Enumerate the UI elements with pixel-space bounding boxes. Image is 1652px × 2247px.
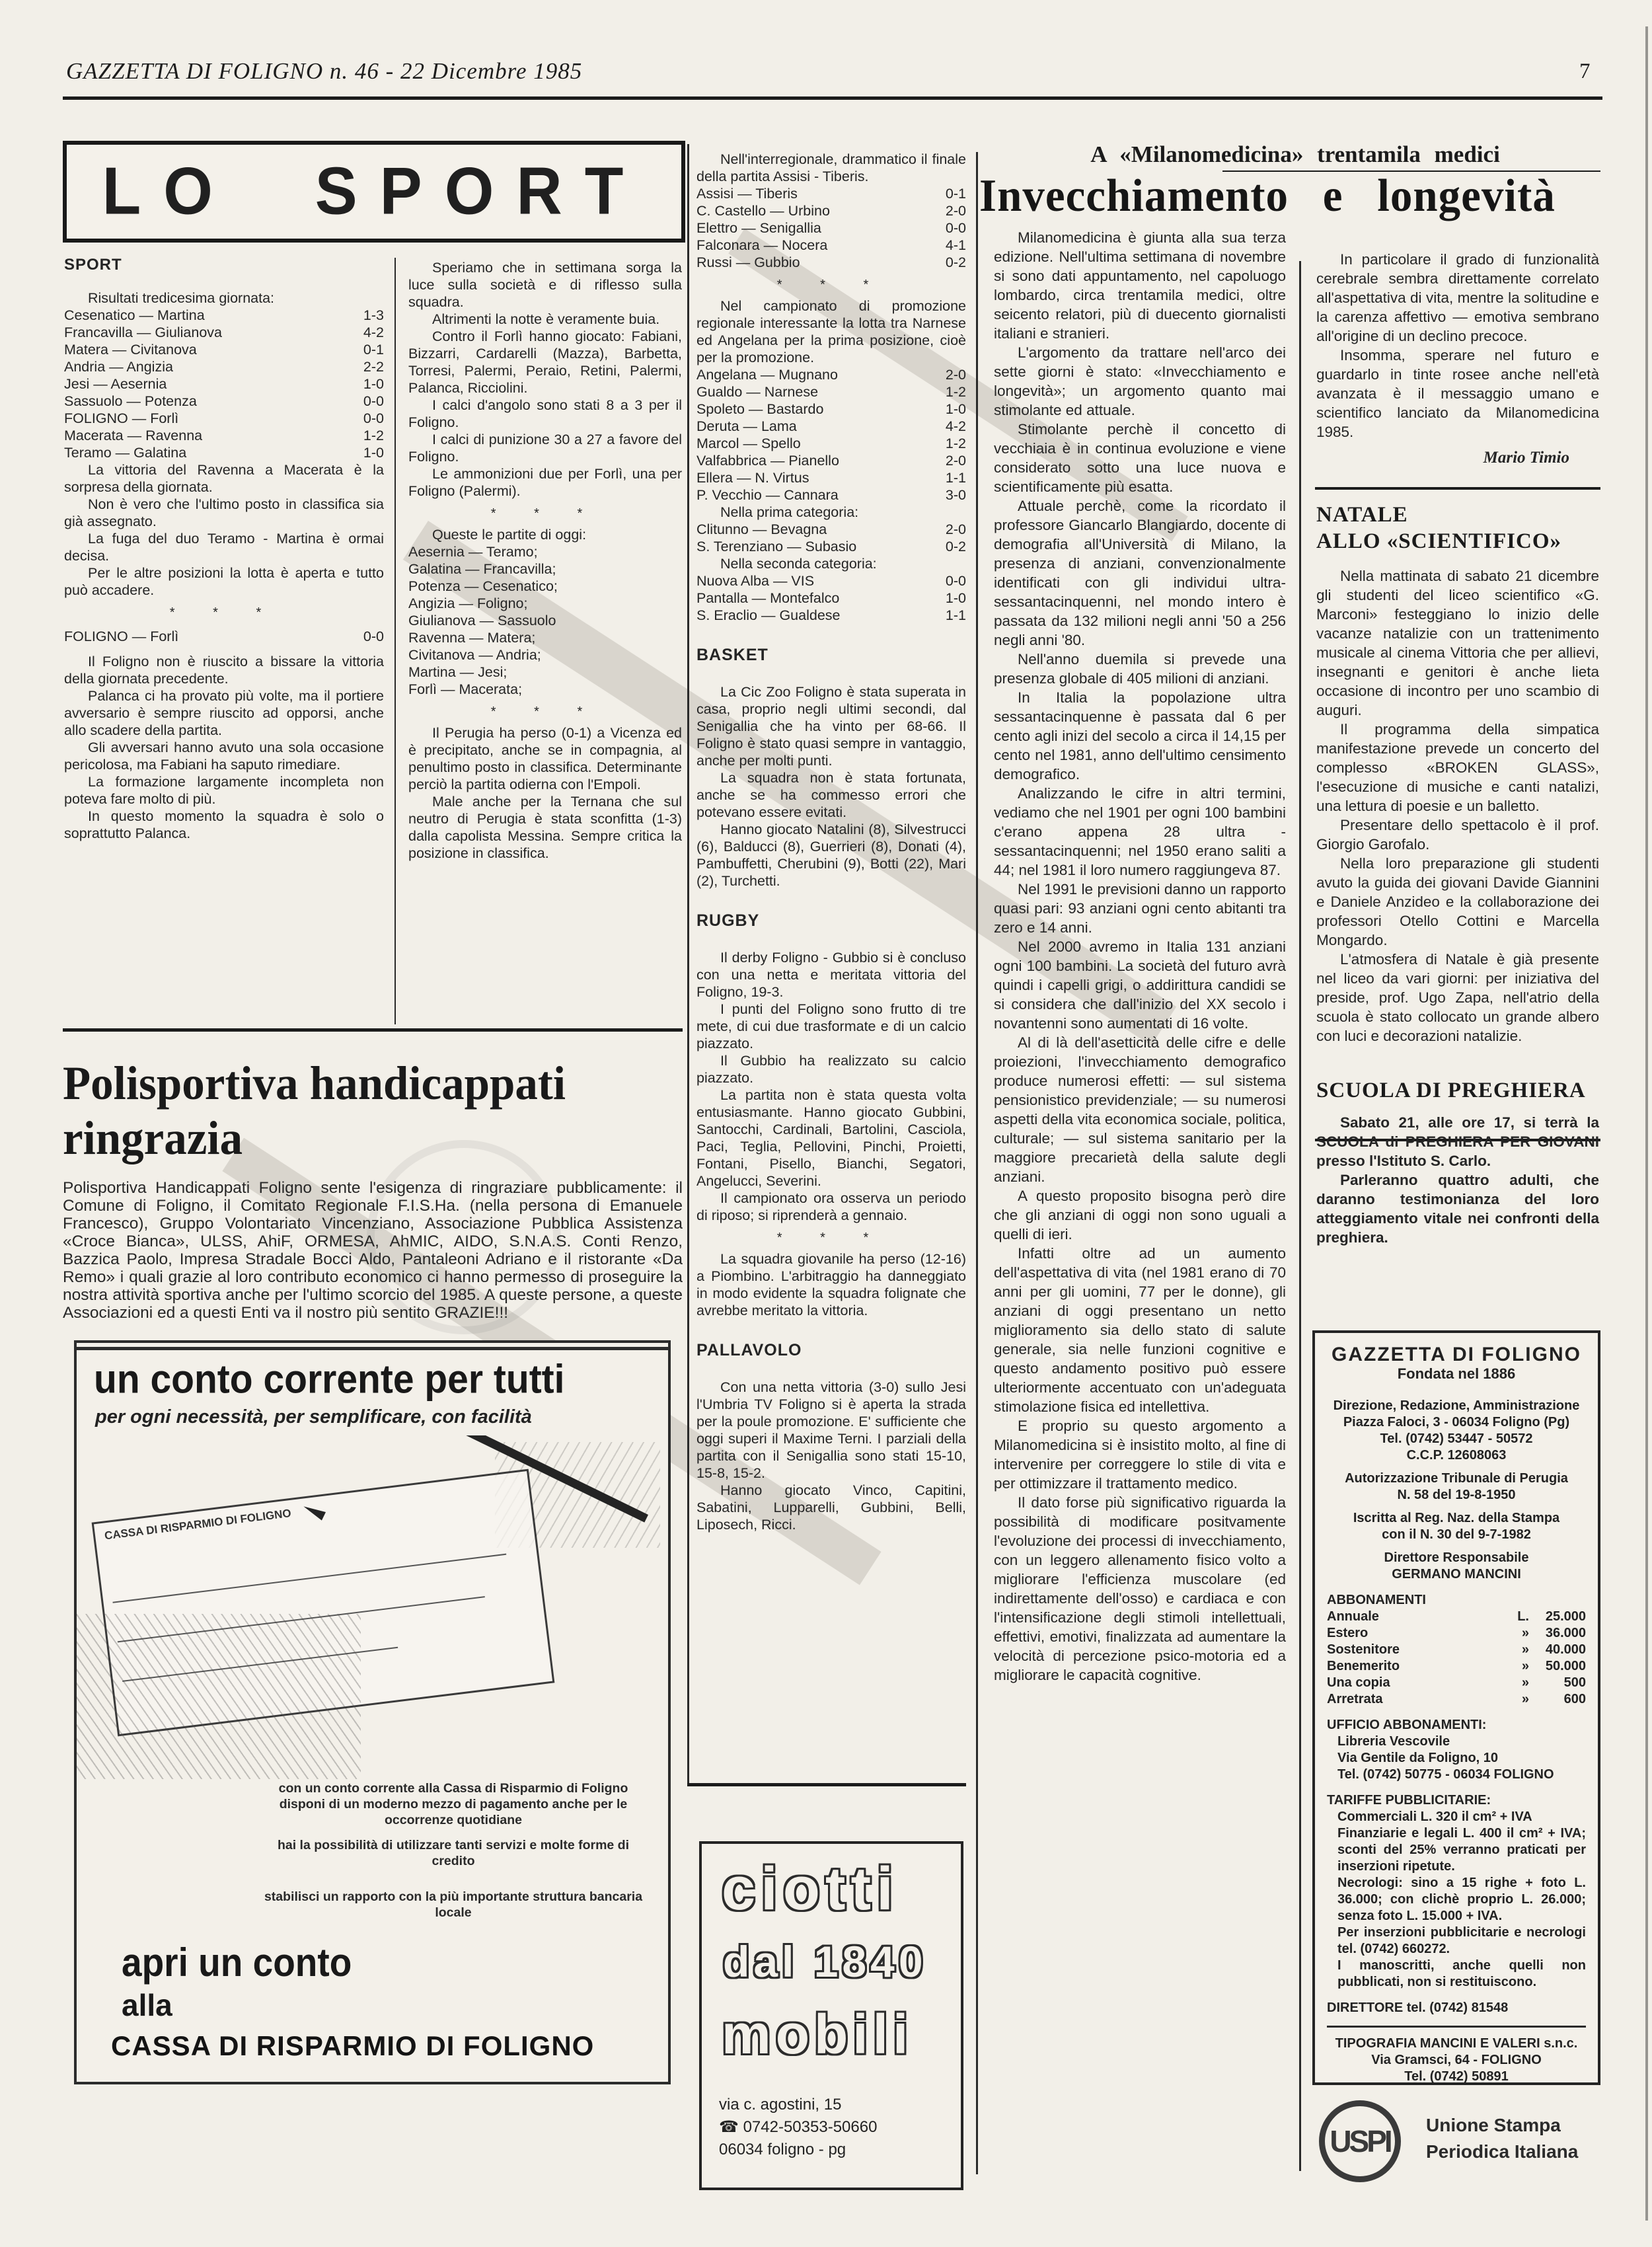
subscription-type: Estero bbox=[1327, 1625, 1505, 1642]
paragraph: Il derby Foligno - Gubbio si è concluso … bbox=[696, 949, 966, 1001]
paragraph: La vittoria del Ravenna a Macerata è la … bbox=[64, 461, 384, 496]
stars-separator: * * * bbox=[408, 703, 682, 720]
director-label: Direttore Responsabile bbox=[1327, 1550, 1586, 1566]
match-result-row: Nuova Alba — VIS0-0 bbox=[696, 572, 966, 590]
natale-heading-line2: ALLO «SCIENTIFICO» bbox=[1316, 528, 1599, 554]
column-rule bbox=[1299, 261, 1301, 2171]
subscriptions-office-label: UFFICIO ABBONAMENTI: bbox=[1327, 1717, 1586, 1733]
ciotti-phone-row: ☎ 0742-50353-50660 bbox=[719, 2116, 877, 2139]
paragraph: Milanomedicina è giunta alla sua terza e… bbox=[994, 228, 1286, 343]
match-score: 0-0 bbox=[358, 393, 384, 410]
paragraph: Infatti oltre ad un aumento dell'aspetta… bbox=[994, 1244, 1286, 1416]
column-rule bbox=[687, 144, 689, 1784]
natale-heading: NATALE ALLO «SCIENTIFICO» bbox=[1316, 502, 1599, 554]
match-result-row: Deruta — Lama4-2 bbox=[696, 418, 966, 435]
match-teams: Jesi — Aesernia bbox=[64, 375, 167, 393]
page-header-title: GAZZETTA DI FOLIGNO n. 46 - 22 Dicembre … bbox=[66, 58, 582, 85]
currency: » bbox=[1505, 1658, 1529, 1675]
match-score: 1-0 bbox=[358, 444, 384, 461]
ciotti-phone: 0742-50353-50660 bbox=[743, 2118, 878, 2136]
match-teams: Teramo — Galatina bbox=[64, 444, 186, 461]
match-result-row: Marcol — Spello1-2 bbox=[696, 435, 966, 452]
fixture-line: Martina — Jesi; bbox=[408, 664, 682, 681]
match-teams: Andria — Angizia bbox=[64, 358, 173, 375]
match-teams: Assisi — Tiberis bbox=[696, 185, 798, 202]
bank-ad-title: un conto corrente per tutti bbox=[94, 1355, 656, 1402]
paragraph: In Italia la popolazione ultra sessantac… bbox=[994, 688, 1286, 784]
match-score: 4-1 bbox=[940, 237, 966, 254]
match-result-row: Clitunno — Bevagna2-0 bbox=[696, 521, 966, 538]
match-result-row: Assisi — Tiberis0-1 bbox=[696, 185, 966, 202]
match-teams: Falconara — Nocera bbox=[696, 237, 827, 254]
match-score: 0-0 bbox=[363, 628, 384, 645]
section-heading-rugby: RUGBY bbox=[696, 912, 966, 929]
infobox-line: Direzione, Redazione, Amministrazione bbox=[1327, 1398, 1586, 1414]
bank-name: CASSA DI RISPARMIO DI FOLIGNO bbox=[111, 2030, 640, 2062]
match-result-row: Russi — Gubbio0-2 bbox=[696, 254, 966, 271]
match-score: 1-3 bbox=[358, 307, 384, 324]
printer-phone: Tel. (0742) 50891 bbox=[1327, 2069, 1586, 2085]
article-column-2: In particolare il grado di funzionalità … bbox=[1316, 250, 1599, 1247]
paragraph: La squadra giovanile ha perso (12-16) a … bbox=[696, 1250, 966, 1319]
printer-name: TIPOGRAFIA MANCINI E VALERI s.n.c. bbox=[1327, 2036, 1586, 2052]
subscription-type: Una copia bbox=[1327, 1675, 1505, 1691]
infobox-line: Via Gentile da Foligno, 10 bbox=[1327, 1750, 1586, 1767]
infobox-founded: Fondata nel 1886 bbox=[1327, 1365, 1586, 1382]
paragraph: L'argomento da trattare nell'arco dei se… bbox=[994, 343, 1286, 420]
match-result-row: S. Eraclio — Gualdese1-1 bbox=[696, 607, 966, 624]
infobox-title: GAZZETTA DI FOLIGNO bbox=[1327, 1346, 1586, 1363]
spacer bbox=[1327, 1464, 1586, 1470]
bank-ad: un conto corrente per tutti per ogni nec… bbox=[74, 1340, 671, 2084]
article-headline: Invecchiamento e longevità bbox=[979, 169, 1604, 222]
sport-column-3: Nell'interregionale, drammatico il final… bbox=[696, 151, 966, 1533]
paragraph: Male anche per la Ternana che sul neutro… bbox=[408, 793, 682, 862]
column-rule bbox=[976, 152, 978, 2174]
paragraph: E proprio su questo argomento a Milanome… bbox=[994, 1416, 1286, 1493]
currency: » bbox=[1505, 1625, 1529, 1642]
paragraph: Nella mattinata di sabato 21 dicembre gl… bbox=[1316, 566, 1599, 720]
paragraph: Il dato forse più significativo riguarda… bbox=[994, 1493, 1286, 1685]
page-number: 7 bbox=[1579, 59, 1591, 84]
col3-bottom-rule bbox=[687, 1783, 966, 1786]
sport-section-box: LO SPORT bbox=[63, 141, 685, 243]
infobox-line: C.C.P. 12608063 bbox=[1327, 1447, 1586, 1464]
stars-separator: * * * bbox=[408, 505, 682, 522]
match-score: 4-2 bbox=[358, 324, 384, 341]
match-result-row: S. Terenziano — Subasio0-2 bbox=[696, 538, 966, 555]
price: 36.000 bbox=[1529, 1625, 1586, 1642]
ad-rate-line: Per inserzioni pubblicitarie e necrologi… bbox=[1327, 1924, 1586, 1958]
director-name: GERMANO MANCINI bbox=[1327, 1566, 1586, 1583]
match-teams: Spoleto — Bastardo bbox=[696, 400, 823, 418]
paragraph: La Cic Zoo Foligno è stata superata in c… bbox=[696, 683, 966, 769]
paragraph: Altrimenti la notte è veramente buia. bbox=[408, 311, 682, 328]
bank-ad-note: hai la possibilità di utilizzare tanti s… bbox=[255, 1837, 652, 1869]
paragraph: I calci d'angolo sono stati 8 a 3 per il… bbox=[408, 397, 682, 431]
currency: L. bbox=[1505, 1609, 1529, 1625]
infobox-line: con il N. 30 del 9-7-1982 bbox=[1327, 1527, 1586, 1543]
paragraph: I punti del Foligno sono frutto di tre m… bbox=[696, 1001, 966, 1052]
match-result-row: Macerata — Ravenna1-2 bbox=[64, 427, 384, 444]
fixture-line: Civitanova — Andria; bbox=[408, 646, 682, 664]
sport-section-title: LO SPORT bbox=[102, 153, 646, 230]
spacer bbox=[1327, 1504, 1586, 1510]
paragraph: Il programma della simpatica manifestazi… bbox=[1316, 720, 1599, 816]
newspaper-info-box: GAZZETTA DI FOLIGNO Fondata nel 1886 Dir… bbox=[1312, 1330, 1600, 2085]
paragraph: Hanno giocato Vinco, Capitini, Sabatini,… bbox=[696, 1482, 966, 1533]
paragraph: Parleranno quattro adulti, che daranno t… bbox=[1316, 1170, 1599, 1247]
match-score: 1-2 bbox=[358, 427, 384, 444]
article-byline: Mario Timio bbox=[1316, 448, 1599, 467]
match-teams: Pantalla — Montefalco bbox=[696, 590, 839, 607]
fixture-line: Aesernia — Teramo; bbox=[408, 543, 682, 560]
match-score: 1-0 bbox=[940, 400, 966, 418]
ciotti-ad-wordmark: ciotti bbox=[722, 1854, 899, 1924]
paragraph: Palanca ci ha provato più volte, ma il p… bbox=[64, 687, 384, 739]
match-result-row: Jesi — Aesernia1-0 bbox=[64, 375, 384, 393]
paragraph: La formazione largamente incompleta non … bbox=[64, 773, 384, 808]
infobox-line: Tel. (0742) 53447 - 50572 bbox=[1327, 1431, 1586, 1447]
ad-rate-line: Necrologi: sino a 15 righe + foto L. 36.… bbox=[1327, 1875, 1586, 1924]
paragraph: L'atmosfera di Natale è già presente nel… bbox=[1316, 950, 1599, 1046]
bank-ad-note: stabilisci un rapporto con la più import… bbox=[255, 1889, 652, 1921]
match-score: 0-2 bbox=[940, 254, 966, 271]
match-score: 2-0 bbox=[940, 366, 966, 383]
paragraph: Stimolante perchè il concetto di vecchia… bbox=[994, 420, 1286, 496]
paragraph: Queste le partite di oggi: bbox=[408, 526, 682, 543]
fixture-line: Angizia — Foligno; bbox=[408, 595, 682, 612]
match-teams: Macerata — Ravenna bbox=[64, 427, 202, 444]
match-score: 1-0 bbox=[358, 375, 384, 393]
paragraph: Il campionato ora osserva un periodo di … bbox=[696, 1190, 966, 1224]
price: 600 bbox=[1529, 1691, 1586, 1708]
paragraph: Il Foligno non è riuscito a bissare la v… bbox=[64, 653, 384, 687]
match-result-row: Cesenatico — Martina1-3 bbox=[64, 307, 384, 324]
paragraph: Gli avversari hanno avuto una sola occas… bbox=[64, 739, 384, 773]
header-rule bbox=[63, 96, 1602, 100]
ciotti-city: 06034 foligno - pg bbox=[719, 2139, 877, 2161]
paragraph: Nel campionato di promozione regionale i… bbox=[696, 297, 966, 366]
article-kicker: A «Milanomedicina» trentamila medici bbox=[988, 141, 1602, 168]
match-teams: Angelana — Mugnano bbox=[696, 366, 838, 383]
section-heading-basket: BASKET bbox=[696, 646, 966, 664]
infobox-line: Iscritta al Reg. Naz. della Stampa bbox=[1327, 1510, 1586, 1527]
infobox-line: Autorizzazione Tribunale di Perugia bbox=[1327, 1470, 1586, 1487]
match-result-row: Sassuolo — Potenza0-0 bbox=[64, 393, 384, 410]
match-score: 2-0 bbox=[940, 202, 966, 219]
bank-ad-cta: apri un conto bbox=[122, 1939, 352, 1985]
paragraph: Le ammonizioni due per Forlì, una per Fo… bbox=[408, 465, 682, 500]
ad-rates-label: TARIFFE PUBBLICITARIE: bbox=[1327, 1792, 1586, 1809]
paragraph: Il Perugia ha perso (0-1) a Vicenza ed è… bbox=[408, 724, 682, 793]
ad-rate-line: Finanziarie e legali L. 400 il cm² + IVA… bbox=[1327, 1825, 1586, 1875]
paragraph: I calci di punizione 30 a 27 a favore de… bbox=[408, 431, 682, 465]
paragraph: La squadra non è stata fortunata, anche … bbox=[696, 769, 966, 821]
infobox-line: Libreria Vescovile bbox=[1327, 1733, 1586, 1750]
column-rule bbox=[394, 258, 396, 1024]
match-result-row: Andria — Angizia2-2 bbox=[64, 358, 384, 375]
paragraph: Speriamo che in settimana sorga la luce … bbox=[408, 259, 682, 311]
stars-separator: * * * bbox=[696, 276, 966, 293]
bank-ad-note: con un conto corrente alla Cassa di Risp… bbox=[255, 1780, 652, 1828]
match-score: 0-2 bbox=[940, 538, 966, 555]
section-heading-pallavolo: PALLAVOLO bbox=[696, 1342, 966, 1359]
subscription-type: Arretrata bbox=[1327, 1691, 1505, 1708]
scuola-body: Sabato 21, alle ore 17, si terrà la SCUO… bbox=[1316, 1113, 1599, 1247]
sport-column-2: Speriamo che in settimana sorga la luce … bbox=[408, 259, 682, 862]
subscription-row: Benemerito»50.000 bbox=[1327, 1658, 1586, 1675]
paragraph: La partita non è stata questa volta entu… bbox=[696, 1086, 966, 1190]
paragraph: Risultati tredicesima giornata: bbox=[64, 289, 384, 307]
paragraph: Presentare dello spettacolo è il prof. G… bbox=[1316, 816, 1599, 854]
fixture-line: Forlì — Macerata; bbox=[408, 681, 682, 698]
match-teams: Marcol — Spello bbox=[696, 435, 801, 452]
category-label: Nella seconda categoria: bbox=[696, 555, 966, 572]
subscription-row: Una copia»500 bbox=[1327, 1675, 1586, 1691]
match-score: 0-0 bbox=[358, 410, 384, 427]
currency: » bbox=[1505, 1642, 1529, 1658]
ad-border-decoration bbox=[77, 1347, 668, 1350]
sport-column-1: SPORT Risultati tredicesima giornata: Ce… bbox=[64, 256, 384, 842]
match-teams: Nuova Alba — VIS bbox=[696, 572, 814, 590]
paragraph: Contro il Forlì hanno giocato: Fabiani, … bbox=[408, 328, 682, 397]
match-score: 2-0 bbox=[940, 521, 966, 538]
match-teams: FOLIGNO — Forlì bbox=[64, 410, 178, 427]
match-teams: Cesenatico — Martina bbox=[64, 307, 205, 324]
subscription-type: Benemerito bbox=[1327, 1658, 1505, 1675]
fixture-line: Galatina — Francavilla; bbox=[408, 560, 682, 578]
match-score: 1-0 bbox=[940, 590, 966, 607]
polisportiva-headline: Polisportiva handicappati ringrazia bbox=[63, 1056, 683, 1166]
paragraph: Nell'anno duemila si prevede una presenz… bbox=[994, 650, 1286, 688]
match-teams: Russi — Gubbio bbox=[696, 254, 800, 271]
paragraph: Hanno giocato Natalini (8), Silvestrucci… bbox=[696, 821, 966, 890]
ciotti-furniture-ad: ciotti dal 1840 mobili via c. agostini, … bbox=[699, 1841, 963, 2190]
page-edge-shadow bbox=[1645, 26, 1648, 2221]
polisportiva-article: Polisportiva handicappati ringrazia Poli… bbox=[63, 1056, 683, 1322]
match-score: 3-0 bbox=[940, 486, 966, 504]
ad-rate-line: Commerciali L. 320 il cm² + IVA bbox=[1327, 1809, 1586, 1825]
infobox-line: N. 58 del 19-8-1950 bbox=[1327, 1487, 1586, 1504]
bank-ad-cta: alla bbox=[122, 1987, 172, 2023]
natale-heading-line1: NATALE bbox=[1316, 502, 1599, 528]
paragraph: Analizzando le cifre in altri termini, v… bbox=[994, 784, 1286, 880]
price: 25.000 bbox=[1529, 1609, 1586, 1625]
uspi-logo: USPI bbox=[1319, 2100, 1401, 2182]
match-teams: Clitunno — Bevagna bbox=[696, 521, 827, 538]
match-score: 1-1 bbox=[940, 469, 966, 486]
spacer bbox=[1327, 1543, 1586, 1550]
match-result-row: Francavilla — Giulianova4-2 bbox=[64, 324, 384, 341]
match-teams: C. Castello — Urbino bbox=[696, 202, 830, 219]
match-score: 4-2 bbox=[940, 418, 966, 435]
match-result-row: C. Castello — Urbino2-0 bbox=[696, 202, 966, 219]
paragraph: Insomma, sperare nel futuro e guardarlo … bbox=[1316, 346, 1599, 441]
paragraph: Nel 1991 le previsioni danno un rapporto… bbox=[994, 880, 1286, 937]
match-result-row: Pantalla — Montefalco1-0 bbox=[696, 590, 966, 607]
scuola-heading: SCUOLA DI PREGHIERA bbox=[1316, 1077, 1599, 1104]
match-result-row: Elettro — Senigallia0-0 bbox=[696, 219, 966, 237]
bank-ad-subtitle: per ogni necessità, per semplificare, co… bbox=[95, 1406, 532, 1428]
paragraph: In questo momento la squadra è solo o so… bbox=[64, 808, 384, 842]
match-result-row: Teramo — Galatina1-0 bbox=[64, 444, 384, 461]
currency: » bbox=[1505, 1691, 1529, 1708]
paragraph: Per le altre posizioni la lotta è aperta… bbox=[64, 564, 384, 599]
infobox-divider bbox=[1327, 2026, 1586, 2028]
match-teams: Francavilla — Giulianova bbox=[64, 324, 222, 341]
uspi-caption-line2: Periodica Italiana bbox=[1426, 2139, 1578, 2165]
paragraph: A questo proposito bisogna però dire che… bbox=[994, 1186, 1286, 1244]
ad-rate-line: I manoscritti, anche quelli non pubblica… bbox=[1327, 1958, 1586, 1991]
newspaper-page: GAZZETTA DI FOLIGNO n. 46 - 22 Dicembre … bbox=[0, 0, 1652, 2247]
match-teams: S. Terenziano — Subasio bbox=[696, 538, 856, 555]
paragraph: Sabato 21, alle ore 17, si terrà la SCUO… bbox=[1316, 1113, 1599, 1170]
ciotti-ad-since: dal 1840 bbox=[723, 1936, 927, 1987]
fixture-line: Giulianova — Sassuolo bbox=[408, 612, 682, 629]
paragraph: Al di là dell'asetticità delle cifre e d… bbox=[994, 1033, 1286, 1186]
paragraph: Con una netta vittoria (3-0) sullo Jesi … bbox=[696, 1379, 966, 1482]
price: 50.000 bbox=[1529, 1658, 1586, 1675]
match-teams: FOLIGNO — Forlì bbox=[64, 628, 178, 645]
fixture-line: Ravenna — Matera; bbox=[408, 629, 682, 646]
subscription-row: Estero»36.000 bbox=[1327, 1625, 1586, 1642]
paragraph: Nella loro preparazione gli studenti avu… bbox=[1316, 854, 1599, 950]
subscription-type: Annuale bbox=[1327, 1609, 1505, 1625]
section-label: SPORT bbox=[64, 256, 384, 274]
price: 500 bbox=[1529, 1675, 1586, 1691]
bank-ad-illustration: CASSA DI RISPARMIO DI FOLIGNO bbox=[77, 1435, 667, 1779]
infobox-line: Piazza Faloci, 3 - 06034 Foligno (Pg) bbox=[1327, 1414, 1586, 1431]
match-teams: Valfabbrica — Pianello bbox=[696, 452, 839, 469]
match-result-row: Gualdo — Narnese1-2 bbox=[696, 383, 966, 400]
match-score: 1-2 bbox=[940, 383, 966, 400]
match-teams: Matera — Civitanova bbox=[64, 341, 197, 358]
uspi-acronym: USPI bbox=[1330, 2123, 1390, 2159]
polisportiva-body: Polisportiva Handicappati Foligno sente … bbox=[63, 1179, 683, 1322]
match-score: 0-0 bbox=[940, 572, 966, 590]
match-teams: Gualdo — Narnese bbox=[696, 383, 818, 400]
match-score: 2-0 bbox=[940, 452, 966, 469]
match-result-row: Angelana — Mugnano2-0 bbox=[696, 366, 966, 383]
match-score: 1-2 bbox=[940, 435, 966, 452]
sketch-hatching bbox=[77, 1614, 361, 1779]
match-result-row: Spoleto — Bastardo1-0 bbox=[696, 400, 966, 418]
match-header-row: FOLIGNO — Forlì0-0 bbox=[64, 628, 384, 645]
match-teams: Deruta — Lama bbox=[696, 418, 797, 435]
match-score: 0-0 bbox=[940, 219, 966, 237]
paragraph: La fuga del duo Teramo - Martina è ormai… bbox=[64, 530, 384, 564]
paragraph: Attuale perchè, come la ricordato il pro… bbox=[994, 496, 1286, 650]
paragraph: Il Gubbio ha realizzato su calcio piazza… bbox=[696, 1052, 966, 1086]
phone-icon: ☎ bbox=[719, 2118, 739, 2136]
ciotti-ad-product: mobili bbox=[722, 2002, 913, 2067]
subscription-type: Sostenitore bbox=[1327, 1642, 1505, 1658]
cheque-label: CASSA DI RISPARMIO DI FOLIGNO bbox=[104, 1507, 292, 1542]
fixture-line: Potenza — Cesenatico; bbox=[408, 578, 682, 595]
match-teams: Elettro — Senigallia bbox=[696, 219, 821, 237]
match-score: 0-1 bbox=[358, 341, 384, 358]
match-result-row: FOLIGNO — Forlì0-0 bbox=[64, 410, 384, 427]
paragraph: Nel 2000 avremo in Italia 131 anziani og… bbox=[994, 937, 1286, 1033]
category-label: Nella prima categoria: bbox=[696, 504, 966, 521]
match-score: 0-1 bbox=[940, 185, 966, 202]
director-phone: DIRETTORE tel. (0742) 81548 bbox=[1327, 2000, 1586, 2016]
uspi-caption: Unione Stampa Periodica Italiana bbox=[1426, 2112, 1578, 2165]
match-score: 1-1 bbox=[940, 607, 966, 624]
match-score: 2-2 bbox=[358, 358, 384, 375]
match-teams: S. Eraclio — Gualdese bbox=[696, 607, 841, 624]
stars-separator: * * * bbox=[64, 604, 384, 621]
ciotti-ad-address: via c. agostini, 15 ☎ 0742-50353-50660 0… bbox=[719, 2094, 877, 2161]
printer-address: Via Gramsci, 64 - FOLIGNO bbox=[1327, 2052, 1586, 2069]
match-result-row: Falconara — Nocera4-1 bbox=[696, 237, 966, 254]
subscription-row: AnnualeL.25.000 bbox=[1327, 1609, 1586, 1625]
subscription-row: Sostenitore»40.000 bbox=[1327, 1642, 1586, 1658]
uspi-caption-line1: Unione Stampa bbox=[1426, 2112, 1578, 2139]
paragraph: Nell'interregionale, drammatico il final… bbox=[696, 151, 966, 185]
currency: » bbox=[1505, 1675, 1529, 1691]
match-result-row: Valfabbrica — Pianello2-0 bbox=[696, 452, 966, 469]
match-teams: P. Vecchio — Cannara bbox=[696, 486, 839, 504]
match-teams: Sassuolo — Potenza bbox=[64, 393, 197, 410]
infobox-line: Tel. (0742) 50775 - 06034 FOLIGNO bbox=[1327, 1767, 1586, 1783]
article-column-1: Milanomedicina è giunta alla sua terza e… bbox=[994, 228, 1286, 1685]
match-result-row: P. Vecchio — Cannara3-0 bbox=[696, 486, 966, 504]
match-result-row: Matera — Civitanova0-1 bbox=[64, 341, 384, 358]
match-teams: Ellera — N. Virtus bbox=[696, 469, 809, 486]
stars-separator: * * * bbox=[696, 1229, 966, 1246]
subscription-row: Arretrata»600 bbox=[1327, 1691, 1586, 1708]
paragraph: In particolare il grado di funzionalità … bbox=[1316, 250, 1599, 346]
match-result-row: Ellera — N. Virtus1-1 bbox=[696, 469, 966, 486]
subscriptions-label: ABBONAMENTI bbox=[1327, 1592, 1586, 1609]
cheque-line bbox=[112, 1554, 506, 1603]
ciotti-street: via c. agostini, 15 bbox=[719, 2094, 877, 2116]
paragraph: Non è vero che l'ultimo posto in classif… bbox=[64, 496, 384, 530]
sport-bottom-rule bbox=[63, 1028, 683, 1032]
price: 40.000 bbox=[1529, 1642, 1586, 1658]
